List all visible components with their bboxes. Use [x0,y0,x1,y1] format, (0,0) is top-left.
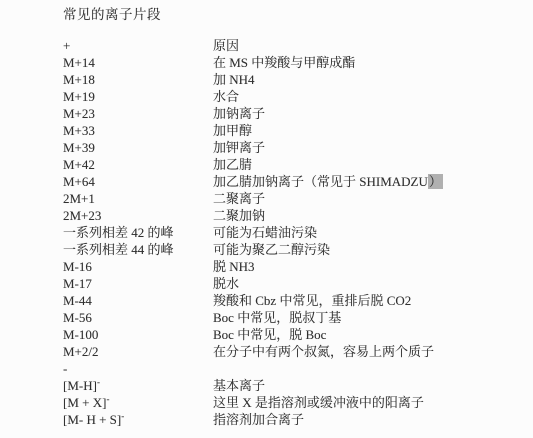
table-row: M-17脱水 [63,275,533,292]
ion-label: 2M+23 [63,207,213,224]
ion-description: 加甲醇 [213,122,252,139]
ion-label: - [63,360,213,377]
table-row: [M + X]-这里 X 是指溶剂或缓冲液中的阳离子 [63,394,533,411]
ion-label: [M-H]- [63,377,213,394]
ion-label: M-17 [63,275,213,292]
table-row: M+33加甲醇 [63,122,533,139]
charge-sign: - [121,411,124,421]
ion-label: M-100 [63,326,213,343]
highlighted-text: ） [428,174,443,189]
ion-description: Boc 中常见，脱叔丁基 [213,309,341,326]
table-row: M+64加乙腈加钠离子（常见于 SHIMADZU） [63,173,533,190]
ion-description: 脱水 [213,275,239,292]
ion-label: [M- H + S]- [63,411,213,428]
ion-description: 在 MS 中羧酸与甲醇成酯 [213,54,355,71]
ion-label: M+18 [63,71,213,88]
ion-description: 脱 NH3 [213,258,255,275]
ion-description: Boc 中常见，脱 Boc [213,326,326,343]
ion-label: M-44 [63,292,213,309]
ion-description: 加乙腈 [213,156,252,173]
ion-fragment-table: +原因M+14在 MS 中羧酸与甲醇成酯M+18加 NH4M+19水合M+23加… [63,37,533,428]
ion-description: 可能为聚乙二醇污染 [213,241,330,258]
ion-label: M+33 [63,122,213,139]
table-row: 2M+23二聚加钠 [63,207,533,224]
ion-description: 羧酸和 Cbz 中常见，重排后脱 CO2 [213,292,411,309]
table-row: M-100Boc 中常见，脱 Boc [63,326,533,343]
table-row: 2M+1二聚离子 [63,190,533,207]
ion-label: M+14 [63,54,213,71]
ion-description: 二聚离子 [213,190,265,207]
ion-description: 加钾离子 [213,139,265,156]
ion-description: 加乙腈加钠离子（常见于 SHIMADZU） [213,173,443,190]
table-row: M-16脱 NH3 [63,258,533,275]
table-row: M+23加钠离子 [63,105,533,122]
ion-label: [M + X]- [63,394,213,411]
table-row: +原因 [63,37,533,54]
ion-label: M+39 [63,139,213,156]
ion-description: 水合 [213,88,239,105]
table-row: 一系列相差 44 的峰可能为聚乙二醇污染 [63,241,533,258]
document-page: 常见的离子片段 +原因M+14在 MS 中羧酸与甲醇成酯M+18加 NH4M+1… [0,0,533,438]
table-row: M+39加钾离子 [63,139,533,156]
ion-description: 在分子中有两个叔氮，容易上两个质子 [213,343,434,360]
table-row: M+14在 MS 中羧酸与甲醇成酯 [63,54,533,71]
ion-description: 原因 [213,37,239,54]
table-row: M+19水合 [63,88,533,105]
ion-label: 一系列相差 44 的峰 [63,241,213,258]
table-row: [M- H + S]-指溶剂加合离子 [63,411,533,428]
ion-description: 基本离子 [213,377,265,394]
ion-label: 2M+1 [63,190,213,207]
ion-label: + [63,37,213,54]
ion-description: 指溶剂加合离子 [213,411,304,428]
ion-label: M-16 [63,258,213,275]
ion-label: M-56 [63,309,213,326]
table-row: M-56Boc 中常见，脱叔丁基 [63,309,533,326]
ion-label: M+64 [63,173,213,190]
ion-label: 一系列相差 42 的峰 [63,224,213,241]
table-row: - [63,360,533,377]
ion-label: M+19 [63,88,213,105]
ion-label: M+2/2 [63,343,213,360]
ion-description: 二聚加钠 [213,207,265,224]
ion-description: 加钠离子 [213,105,265,122]
table-row: 一系列相差 42 的峰可能为石蜡油污染 [63,224,533,241]
ion-label: M+23 [63,105,213,122]
table-row: [M-H]-基本离子 [63,377,533,394]
ion-label: M+42 [63,156,213,173]
charge-sign: - [106,394,109,404]
ion-description: 这里 X 是指溶剂或缓冲液中的阳离子 [213,394,424,411]
ion-description: 加 NH4 [213,71,255,88]
charge-sign: - [97,377,100,387]
table-row: M+2/2在分子中有两个叔氮，容易上两个质子 [63,343,533,360]
table-row: M+42加乙腈 [63,156,533,173]
ion-description: 可能为石蜡油污染 [213,224,317,241]
page-title: 常见的离子片段 [63,6,161,23]
table-row: M+18加 NH4 [63,71,533,88]
table-row: M-44羧酸和 Cbz 中常见，重排后脱 CO2 [63,292,533,309]
